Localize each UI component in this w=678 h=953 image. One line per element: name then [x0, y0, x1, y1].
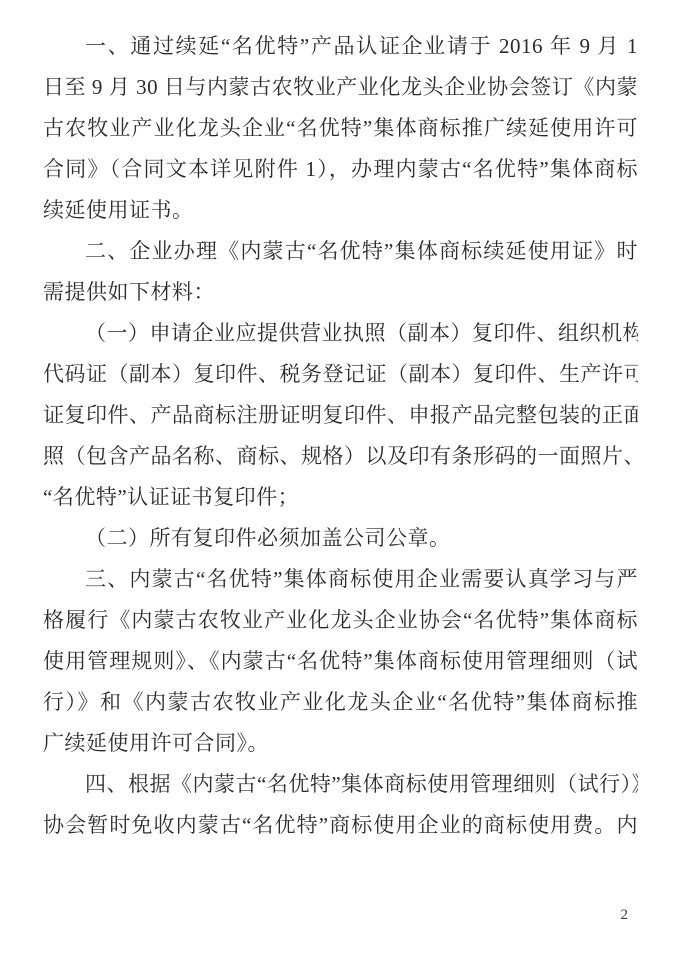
doc-line: 需提供如下材料： [43, 272, 638, 313]
document-body: 一、通过续延“名优特”产品认证企业请于 2016 年 9 月 1 日至 9 月 … [43, 26, 638, 846]
doc-line: 广续延使用许可合同》。 [43, 723, 638, 764]
doc-line: 照（包含产品名称、商标、规格）以及印有条形码的一面照片、 [43, 436, 638, 477]
doc-line: 续延使用证书。 [43, 190, 638, 231]
doc-line: 格履行《内蒙古农牧业产业化龙头企业协会“名优特”集体商标 [43, 600, 638, 641]
doc-line: 使用管理规则》、《内蒙古“名优特”集体商标使用管理细则（试 [43, 641, 638, 682]
doc-line: 合同》（合同文本详见附件 1），办理内蒙古“名优特”集体商标 [43, 149, 638, 190]
doc-line: 古农牧业产业化龙头企业“名优特”集体商标推广续延使用许可 [43, 108, 638, 149]
doc-line: 二、企业办理《内蒙古“名优特”集体商标续延使用证》时 [43, 231, 638, 272]
doc-line: 行）》和《内蒙古农牧业产业化龙头企业“名优特”集体商标推 [43, 682, 638, 723]
doc-line: 代码证（副本）复印件、税务登记证（副本）复印件、生产许可 [43, 354, 638, 395]
doc-line: 日至 9 月 30 日与内蒙古农牧业产业化龙头企业协会签订《内蒙 [43, 67, 638, 108]
doc-line: 证复印件、产品商标注册证明复印件、申报产品完整包装的正面 [43, 395, 638, 436]
doc-line: “名优特”认证证书复印件； [43, 477, 638, 518]
doc-line: 三、内蒙古“名优特”集体商标使用企业需要认真学习与严 [43, 559, 638, 600]
page-number: 2 [621, 908, 629, 923]
doc-line: 协会暂时免收内蒙古“名优特”商标使用企业的商标使用费。内 [43, 805, 638, 846]
doc-line: 一、通过续延“名优特”产品认证企业请于 2016 年 9 月 1 [43, 26, 638, 67]
doc-line: 四、根据《内蒙古“名优特”集体商标使用管理细则（试行）》， [43, 764, 638, 805]
doc-line: （二）所有复印件必须加盖公司公章。 [43, 518, 638, 559]
doc-line: （一）申请企业应提供营业执照（副本）复印件、组织机构 [43, 313, 638, 354]
document-page: 一、通过续延“名优特”产品认证企业请于 2016 年 9 月 1 日至 9 月 … [0, 0, 678, 953]
